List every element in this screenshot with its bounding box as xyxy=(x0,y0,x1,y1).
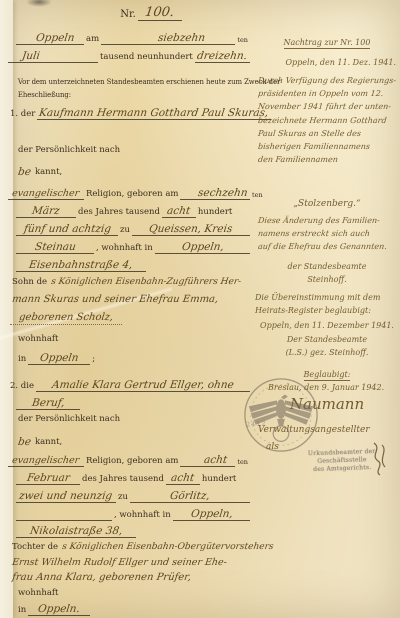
zu-label: zu xyxy=(116,493,130,503)
record-number-value: 100. xyxy=(142,6,177,20)
groom-parents-row2: mann Skuras und seiner Ehefrau Emma, xyxy=(10,295,250,306)
bride-known-hw: be xyxy=(15,437,33,448)
bride-parents-row1: Tochter de s Königlichen Eisenbahn-Oberg… xyxy=(10,543,250,553)
year-prefix-label: tausend neunhundert xyxy=(98,53,195,63)
new-family-name-row: „Stolzenberg.“ xyxy=(258,198,396,211)
identity-label: der Persönlichkeit nach xyxy=(16,146,122,156)
identity-label: der Persönlichkeit nach xyxy=(16,415,122,425)
zu-label: zu xyxy=(118,226,132,236)
margin-note-line: bisherigen Familiennamens xyxy=(257,140,396,153)
bride-known-printed: kannt, xyxy=(33,438,64,448)
wohnhaft-label: wohnhaft xyxy=(16,589,60,599)
scan-edge-strip xyxy=(0,0,13,618)
bride-street: Nikolaistraße 38, xyxy=(27,526,125,537)
margin-note-line: bezeichnete Hermann Gotthard xyxy=(257,114,396,127)
blank-row xyxy=(16,126,250,128)
resident-label: , wohnhaft in xyxy=(112,511,173,521)
official-title: der Standesbeamte xyxy=(288,262,367,271)
margin-note-date2: Oppeln, den 11. Dezember 1941. xyxy=(260,321,394,330)
margin-note-line: Diese Änderung des Familien- xyxy=(257,214,396,227)
bride-residence2: Oppeln. xyxy=(36,604,83,615)
year-label: des Jahres tausend xyxy=(76,208,162,218)
in-label: in xyxy=(16,606,28,616)
bride-street-row: Nikolaistraße 38, xyxy=(16,526,250,538)
son-label: Sohn de xyxy=(10,278,49,288)
groom-birth-year: fünf und achtzig xyxy=(21,224,114,235)
registrar-signature: Steinhoff. xyxy=(307,275,346,284)
am-label: am xyxy=(84,35,101,45)
year-label: des Jahres tausend xyxy=(80,475,166,485)
bride-religion: evangelischer xyxy=(10,456,82,466)
signature1-row: Steinhoff. xyxy=(258,273,396,286)
religion-label: Religion, geboren am xyxy=(84,190,180,200)
certification-text: Heirats-Register beglaubigt: xyxy=(255,306,371,315)
margin-note-body1: Durch Verfügung des Regierungs- präsiden… xyxy=(258,74,396,166)
groom-parents2: mann Skuras und seiner Ehefrau Emma, xyxy=(9,295,221,306)
marriage-month: Juli xyxy=(19,51,42,62)
marriage-day: siebzehn xyxy=(155,33,208,44)
margin-note-title: Nachtrag zur Nr. 100 xyxy=(284,38,371,49)
document-page: Nr. 100. Oppeln am siebzehn ten Juli tau… xyxy=(0,0,400,618)
bride-birth-row3: zwei und neunzig zu Görlitz, xyxy=(16,491,250,503)
margin-note-line: präsidenten in Oppeln vom 12. xyxy=(257,87,396,100)
religion-label: Religion, geboren am xyxy=(84,457,180,467)
record-number: Nr. 100. xyxy=(95,6,205,21)
groom-known-row: be kannt, xyxy=(16,167,250,178)
reichsadler-seal-stamp xyxy=(242,374,320,456)
certification-text: Die Übereinstimmung mit dem xyxy=(255,293,380,302)
official1-row: der Standesbeamte xyxy=(258,260,396,273)
margin-note-line: Durch Verfügung des Regierungs- xyxy=(257,74,396,87)
signature2-row: (L.S.) gez. Steinhoff. xyxy=(258,346,396,359)
groom-residence-row: Steinau , wohnhaft in Oppeln, xyxy=(16,242,250,254)
day-suffix: ten xyxy=(235,459,250,467)
certification-row1: Die Übereinstimmung mit dem xyxy=(255,291,393,304)
groom-index-label: 1. der xyxy=(8,110,37,120)
groom-parents1: s Königlichen Eisenbahn-Zugführers Her- xyxy=(48,278,243,287)
bride-name-row: 2. die Amalie Klara Gertrud Ellger, ohne xyxy=(8,380,250,392)
bride-century: acht xyxy=(169,473,198,484)
margin-note-line: den Familiennamen xyxy=(257,153,396,166)
hundred-label: hundert xyxy=(196,208,234,218)
groom-identity-row: der Persönlichkeit nach xyxy=(16,146,250,156)
bride-residence-row2: in Oppeln. xyxy=(16,604,250,616)
bride-residence-row: , wohnhaft in Oppeln, xyxy=(16,509,250,521)
margin-note-line: auf die Ehefrau des Genannten. xyxy=(257,240,396,253)
groom-religion: evangelischer xyxy=(10,189,82,199)
new-family-name: „Stolzenberg.“ xyxy=(293,199,360,209)
groom-birth-month: März xyxy=(29,206,62,217)
groom-name-row: 1. der Kaufmann Hermann Gotthard Paul Sk… xyxy=(8,108,250,120)
registrar-signature-gez: (L.S.) gez. Steinhoff. xyxy=(286,348,369,357)
bride-parents3: frau Anna Klara, geborenen Prüfer, xyxy=(9,573,193,584)
groom-birth-day: sechzehn xyxy=(196,188,251,199)
groom-birth-place: Queissen, Kreis xyxy=(147,224,236,235)
hundred-label: hundert xyxy=(200,475,238,485)
bride-birth-month: Februar xyxy=(24,473,72,484)
ink-smudge xyxy=(26,0,52,7)
groom-street-row: Eisenbahnstraße 4, xyxy=(16,260,250,272)
semicolon: ; xyxy=(90,355,97,365)
groom-street: Eisenbahnstraße 4, xyxy=(27,260,136,271)
certification-row2: Heirats-Register beglaubigt: xyxy=(255,304,393,317)
groom-residence: Oppeln, xyxy=(179,242,226,253)
groom-name: Kaufmann Hermann Gotthard Paul Skuras, xyxy=(37,108,272,119)
intro-paragraph: Vor dem unterzeichneten Standesbeamten e… xyxy=(16,78,250,86)
faint-number-mark: 2412 xyxy=(246,419,267,428)
bride-index-label: 2. die xyxy=(8,382,36,392)
bride-known-row: be kannt, xyxy=(16,437,250,448)
groom-birth-place2: Steinau xyxy=(32,242,78,253)
groom-birth-row: evangelischer Religion, geboren am sechz… xyxy=(8,188,250,200)
bride-birth-year: zwei und neunzig xyxy=(17,491,116,502)
groom-parents-row1: Sohn de s Königlichen Eisenbahn-Zugführe… xyxy=(10,278,250,288)
bride-birth-row2: Februar des Jahres tausend acht hundert xyxy=(16,473,250,485)
wohnhaft-label: wohnhaft xyxy=(16,335,60,345)
groom-known-printed: kannt, xyxy=(33,168,64,178)
bride-birth-day: acht xyxy=(202,455,231,466)
bride-name-row2: Beruf, xyxy=(16,398,250,410)
margin-note-date1-row: Oppeln, den 11. Dez. 1941. xyxy=(258,56,396,69)
groom-known-hw: be xyxy=(15,167,33,178)
marriage-place: Oppeln xyxy=(33,33,77,44)
bride-parents-row2: Ernst Wilhelm Rudolf Ellger und seiner E… xyxy=(10,558,250,568)
daughter-label: Tochter de xyxy=(10,543,60,553)
margin-note-title-row: Nachtrag zur Nr. 100 xyxy=(258,36,396,49)
marriage-year: dreizehn. xyxy=(195,51,250,62)
groom-residence-row2: in Oppeln ; xyxy=(16,353,250,365)
groom-century: acht xyxy=(165,206,194,217)
resident-label: , wohnhaft in xyxy=(94,244,155,254)
day-suffix: ten xyxy=(235,37,250,45)
groom-wohnhaft-row: wohnhaft xyxy=(16,335,250,345)
intro-line2: Eheschließung: xyxy=(16,91,73,99)
marriage-date-line: Oppeln am siebzehn ten xyxy=(16,33,250,45)
margin-note-body2: Diese Änderung des Familien- namens erst… xyxy=(258,214,396,254)
margin-note-line: namens erstreckt sich auch xyxy=(257,227,396,240)
marriage-date-line2: Juli tausend neunhundert dreizehn. xyxy=(8,51,250,63)
in-label: in xyxy=(16,355,28,365)
clerk-paraph-squiggle xyxy=(368,441,392,477)
bride-parents1: s Königlichen Eisenbahn-Obergütervorsteh… xyxy=(59,543,276,552)
groom-birth-row3: fünf und achtzig zu Queissen, Kreis xyxy=(16,224,250,236)
groom-parents-row3: geborenen Scholz, xyxy=(10,313,250,325)
groom-residence2: Oppeln xyxy=(37,353,81,364)
groom-parents3: geborenen Scholz, xyxy=(16,313,115,324)
record-number-label: Nr. xyxy=(118,9,138,21)
groom-birth-row2: März des Jahres tausend acht hundert xyxy=(16,206,250,218)
margin-note-line: Paul Skuras an Stelle des xyxy=(257,127,396,140)
bride-parents2: Ernst Wilhelm Rudolf Ellger und seiner E… xyxy=(9,558,229,568)
bride-residence: Oppeln, xyxy=(188,509,235,520)
official-title: Der Standesbeamte xyxy=(287,335,367,344)
bride-name2: Beruf, xyxy=(29,398,67,409)
intro-paragraph2: Eheschließung: xyxy=(16,91,250,99)
bride-birth-place: Görlitz, xyxy=(167,491,212,502)
bride-wohnhaft-row: wohnhaft xyxy=(16,589,250,599)
margin-note-line: November 1941 führt der unten- xyxy=(257,100,396,113)
intro-line1: Vor dem unterzeichneten Standesbeamten e… xyxy=(16,78,282,86)
bride-birth-row: evangelischer Religion, geboren am acht … xyxy=(8,455,250,467)
bride-identity-row: der Persönlichkeit nach xyxy=(16,415,250,425)
bride-name: Amalie Klara Gertrud Ellger, ohne xyxy=(49,380,236,391)
margin-note-date2-row: Oppeln, den 11. Dezember 1941. xyxy=(258,319,396,332)
official2-row: Der Standesbeamte xyxy=(258,333,396,346)
margin-note-date1: Oppeln, den 11. Dez. 1941. xyxy=(286,58,397,67)
bride-parents-row3: frau Anna Klara, geborenen Prüfer, xyxy=(10,573,250,584)
